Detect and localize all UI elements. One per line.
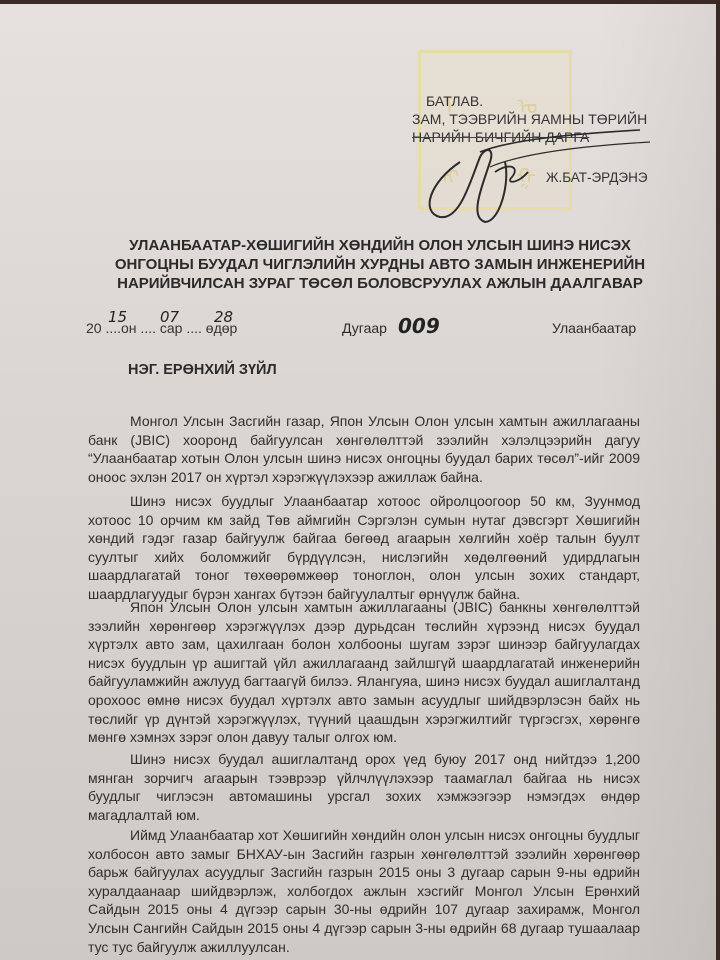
handwritten-day: 28: [214, 308, 233, 326]
paragraph: Монгол Улсын Засгийн газар, Япон Улсын О…: [88, 412, 640, 486]
handwritten-year: 15: [108, 308, 127, 326]
paragraph: Шинэ нисэх буудал ашиглалтанд орох үед б…: [88, 750, 640, 824]
title-line: ОНГОЦНЫ БУУДАЛ ЧИГЛЭЛИЙН ХУРДНЫ АВТО ЗАМ…: [110, 255, 650, 274]
document-number: 009: [398, 314, 440, 338]
title-line: УЛААНБААТАР-ХӨШИГИЙН ХӨНДИЙН ОЛОН УЛСЫН …: [110, 236, 650, 255]
paragraph: Иймд Улаанбаатар хот Хөшигийн хөндийн ол…: [88, 826, 640, 956]
paragraph: Шинэ нисэх буудлыг Улаанбаатар хотоос ой…: [88, 492, 640, 604]
document-date: 20 ....он .... сар .... өдөр 15 07 28: [86, 320, 237, 336]
document-page: ᠮ ᠣ ᠩ ᠭ БАТЛАВ. ЗАМ, ТЭЭВРИЙН ЯАМНЫ ТӨРИ…: [0, 4, 716, 960]
document-city: Улаанбаатар: [552, 320, 636, 336]
signer-name: Ж.БАТ-ЭРДЭНЭ: [546, 170, 648, 185]
handwritten-month: 07: [160, 308, 179, 326]
section-heading: НЭГ. ЕРӨНХИЙ ЗҮЙЛ: [128, 362, 277, 378]
approval-line: БАТЛАВ.: [412, 92, 647, 110]
number-label: Дугаар: [342, 320, 387, 336]
signature-icon: [400, 122, 660, 232]
document-title: УЛААНБААТАР-ХӨШИГИЙН ХӨНДИЙН ОЛОН УЛСЫН …: [110, 236, 650, 293]
title-line: НАРИЙВЧИЛСАН ЗУРАГ ТӨСӨЛ БОЛОВСРУУЛАХ АЖ…: [110, 274, 650, 293]
document-meta: 20 ....он .... сар .... өдөр 15 07 28 Ду…: [80, 304, 660, 344]
paragraph: Япон Улсын Олон улсын хамтын ажиллагааны…: [88, 598, 640, 747]
